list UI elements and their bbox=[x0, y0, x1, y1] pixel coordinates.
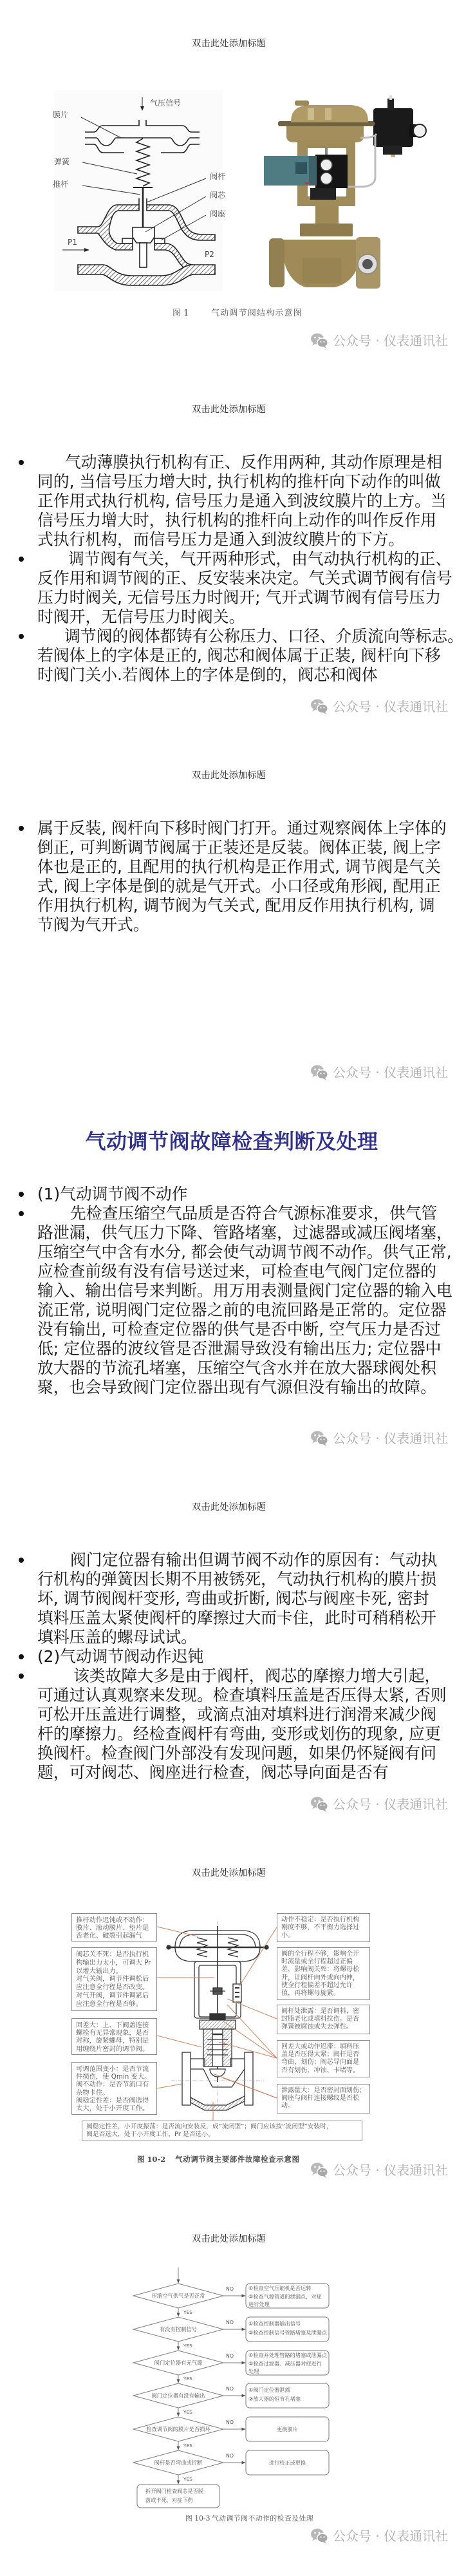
figure-caption-number: 图 1 bbox=[172, 309, 189, 319]
seat-left bbox=[122, 238, 133, 243]
watermark-text: 公众号 · 仪表通讯社 bbox=[333, 1429, 448, 1447]
decision-question: 压缩空气供气是否正常 bbox=[136, 2291, 220, 2300]
watermark-text: 公众号 · 仪表通讯社 bbox=[333, 1064, 448, 1082]
wechat-icon bbox=[310, 1796, 328, 1813]
decision-question: 阀门定位器有无气源 bbox=[136, 2358, 220, 2367]
callout-bottom: 阀稳定性差，小开度振荡：是否流向安装反，成“流闭型”；阀门应该按“流闭型”安装时… bbox=[82, 2121, 362, 2141]
callout-line: 阀是否选大，处于小开度工作，Pr 是否选小。 bbox=[86, 2131, 359, 2139]
callout-line: 阀不动作：是否节流口有 bbox=[76, 2081, 154, 2088]
bullet-icon bbox=[19, 460, 24, 465]
watermark: 公众号 · 仪表通讯社 bbox=[310, 1064, 448, 1082]
line-text: 调节阀的阀体都铸有公称压力、口径、介质流向等标志。 bbox=[64, 627, 463, 645]
paragraph-line: 填料压盖的螺母试试。 bbox=[37, 1628, 449, 1647]
label-signal: 气压信号 bbox=[150, 98, 181, 108]
callout-line: 封脂老化或填料拉伤。是否 bbox=[281, 2016, 367, 2023]
paragraph-line: 式, 阀上字体是倒的就是气开式。小口径或角形阀, 配用正 bbox=[37, 877, 449, 896]
action-line: 落或卡死，对症下药 bbox=[145, 2496, 218, 2505]
bullet-icon bbox=[19, 1654, 24, 1659]
paragraph-line: 调节阀的阀体都铸有公称压力、口径、介质流向等标志。 bbox=[37, 627, 449, 646]
callout-line: 差，影响阀关死：将螺母松 bbox=[281, 1966, 367, 1974]
slide-title-placeholder: 双击此处添加标题 bbox=[0, 1502, 458, 1513]
slide-4: 气动调节阀故障检查判断及处理 (1)气动调节阀不动作 先检查压缩空气品质是否符合… bbox=[0, 1098, 466, 1464]
callout-line: 阀芯关不死：是否执行机 bbox=[76, 1951, 154, 1959]
paragraph-line: 压力时阀关, 无信号压力时阀开; 气开式调节阀有信号压力 bbox=[37, 588, 449, 607]
callout-line: 阀座与阀杆连接螺纹是否松 bbox=[281, 2095, 367, 2103]
paragraph-line: 坏, 调节阀阀杆变形, 弯曲或折断, 阀芯与阀座卡死, 密封 bbox=[37, 1589, 449, 1608]
figure-caption-text: 气动调节阀结构示意图 bbox=[211, 309, 303, 319]
callout-line: 泄露量大：是否密封面划伤； bbox=[281, 2087, 367, 2095]
label-diaphragm: 膜片 bbox=[53, 110, 68, 119]
callout-line: 否老化、破裂引起漏气 bbox=[76, 1932, 154, 1940]
callout-line: 对气关阀，调节件调松后 bbox=[76, 1975, 154, 1983]
figure-caption-number: 图 10-2 bbox=[137, 2155, 165, 2164]
wechat-icon bbox=[310, 1430, 328, 1447]
paragraph-line: 输入、输出信号来判断。用万用表测量阀门定位器的输入电 bbox=[37, 1281, 449, 1301]
paragraph-line: 节阀为气开式。 bbox=[37, 915, 449, 935]
callout-line: 刚度不够，不平衡力选择过 bbox=[281, 1924, 367, 1932]
no-label: NO bbox=[226, 2419, 234, 2426]
paragraph-line: 题，可对阀芯、阀座进行检查，阀芯导向面是否有 bbox=[37, 1763, 449, 1782]
callout-line: 小。 bbox=[281, 1932, 367, 1940]
action-text: ①阀门定位器泄露 ②放大器的恒节孔堵塞 bbox=[248, 2386, 328, 2403]
watermark: 公众号 · 仪表通讯社 bbox=[310, 2527, 448, 2545]
bullet-text-block: 气动薄膜执行机构有正、反作用两种, 其动作原理是相 同的, 当信号压力增大时, … bbox=[37, 453, 449, 685]
action-line: ②检查气源管道的泄漏点，对症 bbox=[248, 2293, 328, 2301]
callout-left-4: 可调范围变小：是否节流 件损伤，使 Qmin 变大。 阀不动作：是否节流口有 杂… bbox=[71, 2062, 157, 2115]
callout-line: 否有划伤、冲蚀、卡堵等。 bbox=[281, 2067, 367, 2075]
watermark: 公众号 · 仪表通讯社 bbox=[310, 698, 448, 716]
label-stem: 阀杆 bbox=[210, 171, 225, 181]
decision-question: 阀门定位器有没有输出 bbox=[136, 2391, 220, 2400]
slide-title-placeholder: 双击此处添加标题 bbox=[0, 770, 458, 781]
slide-5: 双击此处添加标题 阀门定位器有输出但调节阀不动作的原因有：气动执 行机构的弹簧因… bbox=[0, 1464, 466, 1829]
section-heading: 气动调节阀故障检查判断及处理 bbox=[0, 1129, 463, 1154]
callout-line: 时流量或全行程超过正偏 bbox=[281, 1958, 367, 1966]
paragraph-line: 气动薄膜执行机构有正、反作用两种, 其动作原理是相 bbox=[37, 453, 449, 472]
callout-left-2: 阀芯关不死：是否执行机 构输出力太小，可调大 Pr 以增大输出力。 对气关阀，调… bbox=[71, 1947, 157, 2011]
paragraph-line: 没有输出, 可检查定位器的供气是否中断, 空气压力是否过 bbox=[37, 1320, 449, 1339]
callout-line: 推杆动作迟钝或不动作： bbox=[76, 1916, 154, 1924]
action-text: ①检查控制器输出信号 ②检查控制信号管路堵塞及泄漏点 bbox=[248, 2320, 328, 2337]
bullet-icon bbox=[19, 1192, 24, 1197]
figure-caption-number: 图 10-3 bbox=[185, 2514, 210, 2523]
paragraph-line: 式执行机构，而信号压力是通入到波纹膜片的下方。 bbox=[37, 530, 449, 549]
callout-line: 对称，旋紧螺母，特别是 bbox=[76, 2037, 154, 2045]
paragraph-line: 正作用式执行机构, 信号压力是通入到波纹膜片的上方。当 bbox=[37, 491, 449, 511]
bullet-text-block: (1)气动调节阀不动作 先检查压缩空气品质是否符合气源标准要求，供气管 路泄漏，… bbox=[37, 1185, 449, 1397]
schematic-background bbox=[54, 90, 223, 291]
callout-right-5: 泄露量大：是否密封面划伤； 阀座与阀杆连接螺纹是否松 动。 bbox=[277, 2084, 370, 2113]
callout-line: 构输出力太小，可调大 Pr bbox=[76, 1959, 154, 1967]
paragraph-line: 同的, 当信号压力增大时, 执行机构的推杆向下动作的叫做 bbox=[37, 472, 449, 491]
callout-line: 应注意全行程是否改变。 bbox=[76, 1983, 154, 1992]
callout-left-1: 推杆动作迟钝或不动作： 膜片、滚动膜片、垫片是 否老化、破裂引起漏气 bbox=[71, 1913, 157, 1942]
bullet-icon bbox=[19, 557, 24, 562]
yes-label: YES bbox=[183, 2376, 192, 2382]
watermark: 公众号 · 仪表通讯社 bbox=[310, 2161, 448, 2179]
callout-right-3: 阀杆处泄露：是否调料，密 封脂老化或填料拉伤。是否 弹簧被腐蚀或失去弹性。 bbox=[277, 2005, 370, 2034]
slide-1: 双击此处添加标题 bbox=[0, 0, 466, 366]
callout-line: 以增大输出力。 bbox=[76, 1967, 154, 1976]
callout-line: 使全行程偏差不超过允许 bbox=[281, 1982, 367, 1990]
paragraph-line: 调节阀有气关，气开两种形式，由气动执行机构的正、 bbox=[37, 549, 449, 569]
paragraph-line: 体也是正的, 且配用的执行机构是正作用式, 调节阀是气关 bbox=[37, 857, 449, 877]
callout-line: 阀杆处泄露：是否调料，密 bbox=[281, 2008, 367, 2016]
callout-line: 回差大：上、下阀盖连接 bbox=[76, 2021, 154, 2029]
no-label: NO bbox=[226, 2453, 234, 2459]
label-spring: 弹簧 bbox=[54, 157, 70, 166]
wechat-icon bbox=[310, 332, 328, 349]
paragraph-line: 该类故障大多是由于阀杆，阀芯的摩擦力增大引起， bbox=[37, 1666, 449, 1686]
callout-right-2: 阀的全行程不够，影响全开 时流量或全行程超过正偏 差，影响阀关死：将螺母松 开，… bbox=[277, 1947, 370, 2000]
paragraph-line: 阀门定位器有输出但调节阀不动作的原因有：气动执 bbox=[37, 1550, 449, 1570]
paragraph-line: 可通过认真观察来发现。检查填料压盖是否压得太紧, 否则 bbox=[37, 1686, 449, 1705]
action-text: ①检查并处理管路的堵塞或泄漏点 ②检查过滤器、减压器对症进行 处理 bbox=[248, 2351, 328, 2376]
decision-question: 检查调节阀的膜片是否损坏 bbox=[136, 2425, 220, 2434]
line-text: 先检查压缩空气品质是否符合气源标准要求，供气管 bbox=[70, 1204, 437, 1223]
troubleshooting-flowchart bbox=[0, 2195, 466, 2561]
watermark-text: 公众号 · 仪表通讯社 bbox=[333, 2161, 448, 2179]
action-text: 更换膜片 bbox=[246, 2417, 329, 2441]
callout-line: 弯曲，划伤；阀芯导向面是 bbox=[281, 2059, 367, 2066]
line-text: 属于反装, 阀杆向下移时阀门打开。通过观察阀体上字体的 bbox=[37, 819, 447, 837]
slide-7: 双击此处添加标题 bbox=[0, 2195, 466, 2561]
bullet-icon bbox=[19, 634, 24, 639]
bullet-icon bbox=[19, 1211, 24, 1216]
paragraph-line: 换阀杆。检查阀门外部没有发现问题，如果仍怀疑阀有问 bbox=[37, 1744, 449, 1763]
action-line: ②检查控制信号管路堵塞及泄漏点 bbox=[248, 2329, 328, 2338]
paragraph-line: 聚，也会导致阀门定位器出现有气源但没有输出的故障。 bbox=[37, 1378, 449, 1397]
paragraph-line: 放大器的节流孔堵塞，压缩空气含水并在放大器球阀处积 bbox=[37, 1359, 449, 1378]
action-line: 拆开阀门检查阀芯是否脱 bbox=[145, 2487, 218, 2496]
watermark-text: 公众号 · 仪表通讯社 bbox=[333, 698, 448, 716]
callout-line: 用缠绕片密封的调节阀。 bbox=[76, 2045, 154, 2053]
callout-right-1: 动作不稳定：是否执行机构 刚度不够，不平衡力选择过 小。 bbox=[277, 1913, 370, 1942]
callout-line: 动。 bbox=[281, 2103, 367, 2110]
watermark-text: 公众号 · 仪表通讯社 bbox=[333, 1795, 448, 1813]
bullet-text-block: 属于反装, 阀杆向下移时阀门打开。通过观察阀体上字体的 倒正, 可判断调节阀属于… bbox=[37, 819, 449, 935]
action-text: 进行校正或更换 bbox=[246, 2450, 329, 2475]
paragraph-line: 先检查压缩空气品质是否符合气源标准要求，供气管 bbox=[37, 1204, 449, 1223]
no-label: NO bbox=[226, 2386, 234, 2392]
label-inlet: P1 bbox=[68, 238, 77, 247]
decision-question: 有没有控制信号 bbox=[136, 2325, 220, 2334]
figure-caption-text: 气动调节阀不动作的检查及处理 bbox=[212, 2514, 313, 2523]
watermark: 公众号 · 仪表通讯社 bbox=[310, 332, 448, 350]
paragraph-line: (1)气动调节阀不动作 bbox=[37, 1185, 449, 1204]
yes-label: YES bbox=[183, 2476, 192, 2483]
action-line: 进行处理 bbox=[248, 2300, 328, 2309]
article-page: 双击此处添加标题 bbox=[0, 0, 466, 2576]
subheading-text: (2)气动调节阀动作迟钝 bbox=[37, 1647, 203, 1666]
callout-line: 杂物卡住。 bbox=[76, 2089, 154, 2097]
action-line: ②放大器的恒节孔堵塞 bbox=[248, 2395, 328, 2404]
callout-line: 盖是否压得太紧；阀杆是否 bbox=[281, 2051, 367, 2059]
paragraph-line: 时阀门关小.若阀体上的字体是倒的，阀芯和阀体 bbox=[37, 665, 449, 685]
paragraph-line: 流正常, 说明阀门定位器之前的电流回路是正常的。定位器 bbox=[37, 1301, 449, 1320]
bullet-icon bbox=[19, 1558, 24, 1563]
paragraph-line: 行机构的弹簧因长期不用被锈死，气动执行机构的膜片损 bbox=[37, 1570, 449, 1589]
plug-shape bbox=[133, 227, 154, 243]
watermark-text: 公众号 · 仪表通讯社 bbox=[333, 2527, 448, 2545]
line-text: 气动薄膜执行机构有正、反作用两种, 其动作原理是相 bbox=[65, 453, 442, 472]
slide-6: 双击此处添加标题 bbox=[0, 1829, 466, 2195]
callout-right-4: 回差大或动作迟滞：填料压 盖是否压得太紧；阀杆是否 弯曲，划伤；阀芯导向面是 否… bbox=[277, 2040, 370, 2077]
callout-line: 动作不稳定：是否执行机构 bbox=[281, 1916, 367, 1924]
action-line: ①检查空气压缩机是否运转 bbox=[248, 2284, 328, 2293]
wechat-icon bbox=[310, 1064, 328, 1081]
callout-line: 件损伤，使 Qmin 变大。 bbox=[76, 2073, 154, 2081]
line-text: 该类故障大多是由于阀杆，阀芯的摩擦力增大引起， bbox=[73, 1666, 440, 1685]
watermark: 公众号 · 仪表通讯社 bbox=[310, 1795, 448, 1813]
bullet-icon bbox=[19, 1674, 24, 1679]
paragraph-line: 压缩空气中含有水分, 都会使气动调节阀不动作。供气正常, bbox=[37, 1243, 449, 1262]
callout-line: 阀稳定性差，小开度振荡：是否流向安装反，成“流闭型”；阀门应该按“流闭型”安装时… bbox=[86, 2123, 359, 2131]
slide-title-placeholder: 双击此处添加标题 bbox=[0, 404, 458, 415]
label-plug: 阀芯 bbox=[210, 190, 226, 200]
paragraph-line: (2)气动调节阀动作迟钝 bbox=[37, 1647, 449, 1666]
decision-question: 阀杆是否弯曲或折断 bbox=[136, 2458, 220, 2467]
paragraph-line: 作用执行机构, 调节阀为气关式, 配用反作用执行机构, 调 bbox=[37, 896, 449, 915]
action-line: ②检查过滤器、减压器对症进行 bbox=[248, 2360, 328, 2368]
subheading-text: (1)气动调节阀不动作 bbox=[37, 1185, 188, 1203]
callout-line: 可调范围变小：是否节流 bbox=[76, 2065, 154, 2073]
paragraph-line: 应检查前级有没有信号送过来，可检查电气阀门定位器的 bbox=[37, 1262, 449, 1281]
bullet-icon bbox=[19, 826, 24, 831]
paragraph-line: 倒正, 可判断调节阀属于正装还是反装。阀体正装, 阀上字 bbox=[37, 838, 449, 857]
label-outlet: P2 bbox=[205, 250, 214, 259]
no-label: NO bbox=[226, 2353, 234, 2360]
paragraph-line: 路泄漏，供气压力下降、管路堵塞，过滤器或减压阀堵塞， bbox=[37, 1223, 449, 1243]
callout-line: 回差大或动作迟滞：填料压 bbox=[281, 2043, 367, 2051]
action-line: ①检查并处理管路的堵塞或泄漏点 bbox=[248, 2351, 328, 2360]
callout-line: 阀的全行程不够，影响全开 bbox=[281, 1951, 367, 1958]
callout-line: 螺栓有无异常现象，是否 bbox=[76, 2029, 154, 2037]
slide-3: 双击此处添加标题 属于反装, 阀杆向下移时阀门打开。通过观察阀体上字体的 倒正,… bbox=[0, 732, 466, 1098]
yes-label: YES bbox=[183, 2409, 192, 2416]
yes-label: YES bbox=[183, 2443, 192, 2449]
callout-line: 弹簧被腐蚀或失去弹性。 bbox=[281, 2023, 367, 2031]
no-label: NO bbox=[226, 2320, 234, 2326]
bullet-text-block: 阀门定位器有输出但调节阀不动作的原因有：气动执 行机构的弹簧因长期不用被锈死，气… bbox=[37, 1550, 449, 1782]
wechat-icon bbox=[310, 698, 328, 715]
callout-line: 开，让阀杆向外或向内伸， bbox=[281, 1974, 367, 1982]
paragraph-line: 信号压力增大时，执行机构的推杆向上动作的叫作反作用 bbox=[37, 511, 449, 530]
watermark-text: 公众号 · 仪表通讯社 bbox=[333, 332, 448, 350]
line-text: 调节阀有气关，气开两种形式，由气动执行机构的正、 bbox=[68, 549, 451, 568]
paragraph-line: 反作用和调节阀的正、反安装来决定。气关式调节阀有信号 bbox=[37, 569, 449, 588]
callout-line: 应注意全行程是否够。 bbox=[76, 2000, 154, 2008]
action-line: ①阀门定位器泄露 bbox=[248, 2386, 328, 2395]
callout-line: 阀稳定性差：是否阀选得 bbox=[76, 2097, 154, 2104]
paragraph-line: 填料压盖太紧使阀杆的摩擦过大而卡住，此时可稍稍松开 bbox=[37, 1608, 449, 1628]
label-seat: 阀座 bbox=[210, 209, 225, 218]
callout-left-3: 回差大：上、下阀盖连接 螺栓有无异常现象，是否 对称，旋紧螺母，特别是 用缠绕片… bbox=[71, 2018, 157, 2055]
paragraph-line: 若阀体上的字体是正的, 阀芯和阀体属于正装, 阀杆向下移 bbox=[37, 646, 449, 665]
paragraph-line: 低; 定位器的波纹管是否泄漏导致没有输出压力; 定位器中 bbox=[37, 1339, 449, 1359]
label-push-rod: 推杆 bbox=[53, 179, 68, 189]
paragraph-line: 属于反装, 阀杆向下移时阀门打开。通过观察阀体上字体的 bbox=[37, 819, 449, 838]
paragraph-line: 时阀开，无信号压力时阀关。 bbox=[37, 607, 449, 627]
paragraph-line: 可松开压盖进行调整，或滴点油对填料进行润滑来减少阀 bbox=[37, 1705, 449, 1724]
yes-label: YES bbox=[183, 2343, 192, 2349]
paragraph-line: 杆的摩擦力。经检查阀杆有弯曲, 变形或划伤的现象, 应更 bbox=[37, 1724, 449, 1744]
callout-line: 值，再将螺母旋紧。 bbox=[281, 1990, 367, 1998]
callout-line: 对气开阀，调节件调紧后 bbox=[76, 1992, 154, 2000]
watermark: 公众号 · 仪表通讯社 bbox=[310, 1429, 448, 1447]
action-line: 处理 bbox=[248, 2367, 328, 2376]
action-line: ①检查控制器输出信号 bbox=[248, 2320, 328, 2329]
callout-line: 太大，处于小开度工作。 bbox=[76, 2104, 154, 2112]
no-label: NO bbox=[226, 2286, 234, 2293]
action-text: ①检查空气压缩机是否运转 ②检查气源管道的泄漏点，对症 进行处理 bbox=[248, 2284, 328, 2309]
callout-line: 膜片、滚动膜片、垫片是 bbox=[76, 1924, 154, 1932]
slide-2: 双击此处添加标题 气动薄膜执行机构有正、反作用两种, 其动作原理是相 同的, 当… bbox=[0, 366, 466, 732]
wechat-icon bbox=[310, 2528, 328, 2544]
wechat-icon bbox=[310, 2162, 328, 2179]
yes-label: YES bbox=[183, 2309, 192, 2316]
final-action-text: 拆开阀门检查阀芯是否脱 落或卡死，对症下药 bbox=[145, 2487, 218, 2504]
valve-photo bbox=[264, 95, 426, 289]
line-text: 阀门定位器有输出但调节阀不动作的原因有：气动执 bbox=[70, 1550, 437, 1569]
figure-caption-text: 气动调节阀主要部件故障检查示意图 bbox=[175, 2155, 300, 2164]
